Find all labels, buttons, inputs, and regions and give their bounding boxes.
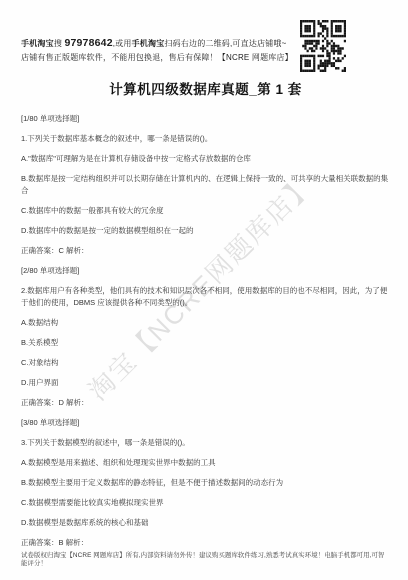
footer-copyright-note: 试卷版权归淘宝【NCRE 网题库店】所有,内部资料请勿外传！建议购买题库软件练习…: [21, 552, 390, 568]
taobao-app-name: 手机淘宝: [21, 39, 54, 48]
question-text: 2.数据库用户有各种类型，他们具有的技术和知识层次各不相同，使用数据库的目的也不…: [21, 285, 390, 309]
question-block-3: [3/80 单项选择题] 3.下列关于数据模型的叙述中，哪一条是错误的()。 A…: [21, 417, 390, 549]
header-text-search: 搜: [54, 39, 65, 48]
option-c: C.数据模型需要能比较真实地模拟现实世界: [21, 497, 390, 509]
option-d: D.数据库中的数据是按一定的数据模型组织在一起的: [21, 225, 390, 237]
question-tag: [1/80 单项选择题]: [21, 113, 390, 125]
option-b: B.关系模型: [21, 337, 390, 349]
questions-section: [1/80 单项选择题] 1.下列关于数据库基本概念的叙述中，哪一条是错误的()…: [21, 113, 390, 549]
option-c: C.对象结构: [21, 357, 390, 369]
answer-line: 正确答案：D 解析：: [21, 397, 390, 409]
header-text-or: ,或用: [113, 39, 132, 48]
option-a: A."数据库"可理解为是在计算机存储设备中按一定格式存放数据的仓库: [21, 153, 390, 165]
document-page: 淘宝【NCRE网题库店】 手机淘宝搜 97978642,或用手机淘宝扫码右边的二…: [0, 0, 408, 580]
option-a: A.数据模型是用来描述、组织和处理现实世界中数据的工具: [21, 457, 390, 469]
question-block-1: [1/80 单项选择题] 1.下列关于数据库基本概念的叙述中，哪一条是错误的()…: [21, 113, 390, 257]
option-b: B.数据模型主要用于定义数据库的静态特征，但是不便于描述数据间的动态行为: [21, 477, 390, 489]
page-content: 手机淘宝搜 97978642,或用手机淘宝扫码右边的二维码,可直达店铺哦~ 店铺…: [0, 0, 408, 568]
page-title: 计算机四级数据库真题_第 1 套: [21, 78, 390, 98]
option-d: D.数据模型是数据库系统的核心和基础: [21, 517, 390, 529]
question-tag: [3/80 单项选择题]: [21, 417, 390, 429]
option-d: D.用户界面: [21, 377, 390, 389]
answer-line: 正确答案：B 解析：: [21, 537, 390, 549]
answer-line: 正确答案：C 解析：: [21, 245, 390, 257]
taobao-app-name-2: 手机淘宝: [132, 39, 165, 48]
option-a: A.数据结构: [21, 317, 390, 329]
header-text-scan: 扫码右边的二维码,可直达店铺哦~: [164, 39, 286, 48]
option-b: B.数据库是按一定结构组织并可以长期存储在计算机内的、在逻辑上保持一致的、可共享…: [21, 173, 390, 197]
question-tag: [2/80 单项选择题]: [21, 265, 390, 277]
shop-id-number: 97978642: [64, 37, 112, 49]
question-text: 3.下列关于数据模型的叙述中，哪一条是错误的()。: [21, 437, 390, 449]
question-block-2: [2/80 单项选择题] 2.数据库用户有各种类型，他们具有的技术和知识层次各不…: [21, 265, 390, 409]
question-text: 1.下列关于数据库基本概念的叙述中，哪一条是错误的()。: [21, 133, 390, 145]
option-c: C.数据库中的数据一般都具有较大的冗余度: [21, 205, 390, 217]
header-note: 手机淘宝搜 97978642,或用手机淘宝扫码右边的二维码,可直达店铺哦~ 店铺…: [21, 38, 390, 63]
header-line-1: 手机淘宝搜 97978642,或用手机淘宝扫码右边的二维码,可直达店铺哦~: [21, 38, 390, 49]
header-line-2: 店铺有售正版题库软件，不能用包换退，售后有保障！【NCRE 网题库店】: [21, 52, 390, 63]
